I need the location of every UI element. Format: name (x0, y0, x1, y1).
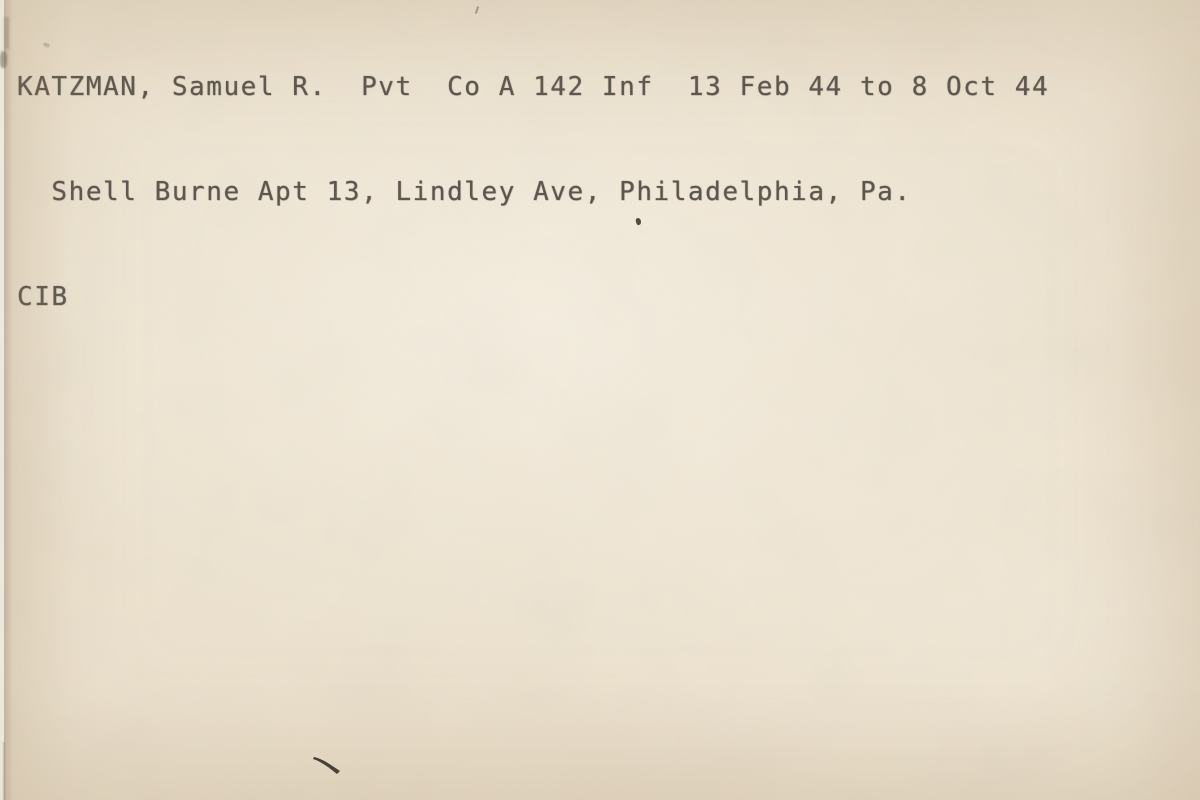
cut-off-glyph-fragment (0, 51, 7, 68)
edge-smudge (4, 17, 9, 49)
card-left-edge-shadow (4, 0, 13, 800)
award-line: CIB (17, 280, 1049, 315)
service-record-line: KATZMAN, Samuel R. Pvt Co A 142 Inf 13 F… (17, 70, 1049, 105)
scanned-index-card: KATZMAN, Samuel R. Pvt Co A 142 Inf 13 F… (0, 0, 1200, 800)
typed-text-block: KATZMAN, Samuel R. Pvt Co A 142 Inf 13 F… (17, 0, 1049, 385)
pen-tick-mark (313, 754, 343, 778)
card-edge-line (3, 742, 5, 800)
address-line: Shell Burne Apt 13, Lindley Ave, Philade… (17, 175, 1049, 210)
